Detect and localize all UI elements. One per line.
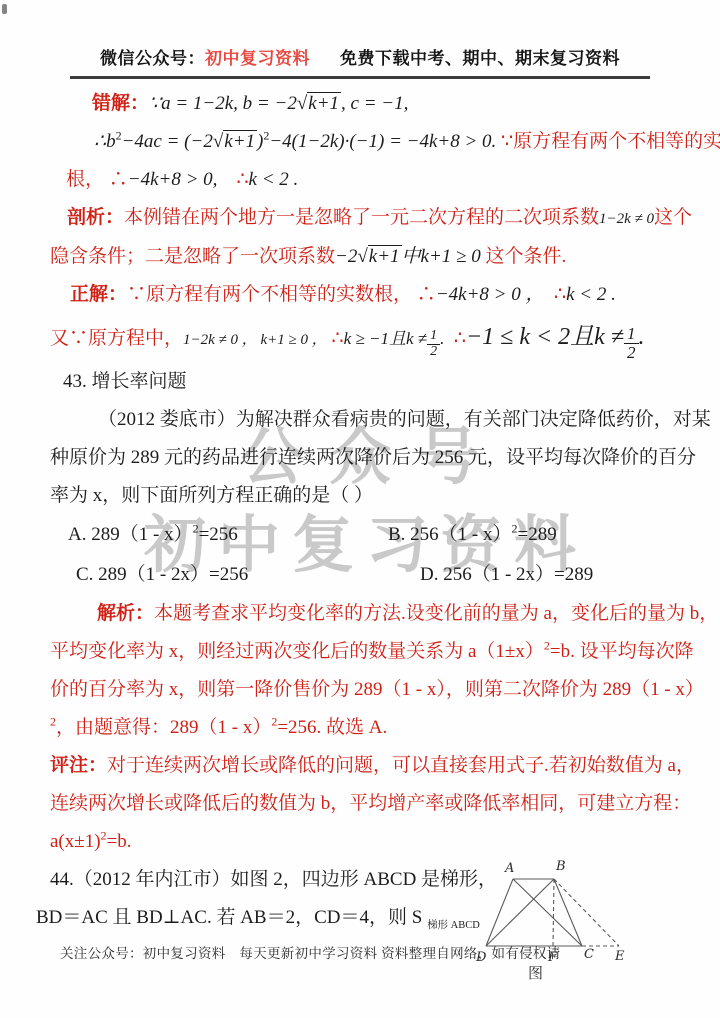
analysis-text-3: 隐含条件；二是忽略了一次项系数	[50, 246, 335, 267]
option-c: C. 289（1 - 2x）=256	[76, 555, 420, 595]
math-discriminant-mid: −4ac = (−2	[122, 131, 213, 152]
radical-sign: √	[213, 131, 223, 152]
wrong-solution-line-3: 根， ∴−4k+8 > 0, ∴k < 2 .	[50, 161, 680, 199]
radical-body: k+1	[223, 130, 257, 152]
remark-label: 评注：	[50, 755, 107, 776]
explanation-text-4: ，由题意得：289（1 - x）	[56, 717, 271, 738]
explanation-text-3: =b. 设平均每次降	[550, 641, 694, 662]
therefore-symbol: ∴	[236, 169, 248, 190]
page-header: 微信公众号：初中复习资料免费下载中考、期中、期末复习资料	[0, 0, 720, 69]
explanation-line-3: 价的百分率为 x，则第一降价售价为 289（1 - x），则第二次降价为 289…	[50, 671, 680, 709]
remark-formula-end: =b.	[107, 831, 132, 852]
math-c-value: , c = −1,	[341, 93, 408, 114]
problem-43-heading: 43. 增长率问题	[50, 363, 680, 401]
math-period: .	[440, 329, 444, 348]
wrong-solution-line-1: 错解：∵a = 1−2k, b = −2√k+1, c = −1,	[50, 85, 680, 123]
math-final-range: −1 ≤ k < 2且k ≠	[466, 324, 624, 350]
option-b: B. 256（1 - x）2=289	[388, 524, 557, 545]
fraction-denominator: 2	[624, 343, 639, 362]
math-inequality: −4k+8 > 0 ，	[436, 284, 545, 305]
options-row-ab: A. 289（1 - x）2=256B. 256（1 - x）2=289	[50, 515, 680, 555]
analysis-text-4: 这个条件.	[485, 246, 566, 267]
edge-bc	[554, 879, 582, 946]
therefore-symbol: ∴	[554, 284, 566, 305]
therefore-symbol: ∴	[454, 328, 466, 349]
explanation-text-5: =256. 故选 A.	[277, 717, 387, 738]
option-b-result: =289	[518, 524, 557, 545]
fraction-one-half: 12	[427, 329, 440, 359]
analysis-line-2: 隐含条件；二是忽略了一次项系数−2√k+1中k+1 ≥ 0 这个条件.	[50, 238, 680, 276]
problem-43-line-2: 种原价为 289 元的药品进行连续两次降价后为 256 元，设平均每次降价的百分	[50, 439, 680, 477]
document-body: 错解：∵a = 1−2k, b = −2√k+1, c = −1, ∴b2−4a…	[0, 79, 720, 962]
document-page: 公众号 初中复习资料 微信公众号：初中复习资料免费下载中考、期中、期末复习资料 …	[0, 0, 720, 1018]
math-coefficient-condition: 1−2k ≠ 0	[599, 211, 654, 227]
figure-label-e: E	[614, 949, 625, 964]
analysis-text-2: 这个	[654, 207, 692, 228]
radical-sign: √	[357, 246, 367, 267]
remark-formula: a(x±1)	[50, 831, 101, 852]
wrong-solution-red-text: 原方程有两个不相等的实数	[513, 131, 720, 152]
correct-solution-text: 原方程有两个不相等的实数根，	[146, 284, 412, 305]
radical: √k+1	[297, 92, 341, 114]
therefore-symbol: ∴	[417, 284, 436, 305]
diagonal-ac	[513, 879, 582, 946]
problem-44-text: BD＝AC 且 BD⊥AC. 若 AB＝2，CD＝4，则 S	[36, 907, 422, 928]
explanation-label: 解析：	[97, 603, 154, 624]
explanation-text-2: 平均变化率为 x，则经过两次变化后的数量关系为 a（1±x）	[50, 641, 544, 662]
explanation-line-2: 平均变化率为 x，则经过两次变化后的数量关系为 a（1±x）2=b. 设平均每次…	[50, 633, 680, 671]
explanation-line-1: 解析：本题考查求平均变化率的方法.设变化前的量为 a，变化后的量为 b，	[50, 595, 680, 633]
option-a: A. 289（1 - x）2=256	[68, 515, 388, 555]
analysis-text-1: 本例错在两个地方一是忽略了一元二次方程的二次项系数	[124, 207, 599, 228]
radical-body: k+1	[368, 245, 402, 267]
math-discriminant-start: ∴b	[94, 131, 116, 152]
red-text-gen: 根，	[66, 169, 104, 190]
header-brand: 初中复习资料	[205, 49, 310, 68]
radical: √k+1	[213, 130, 257, 152]
problem-43-line-1: （2012 娄底市）为解决群众看病贵的问题，有关部门决定降低药价，对某	[50, 401, 680, 439]
figure-label-b: B	[555, 859, 566, 874]
remark-text-1: 对于连续两次增长或降低的问题，可以直接套用式子.若初始数值为 a，	[107, 755, 695, 776]
fraction-denominator: 2	[427, 344, 440, 360]
remark-line-1: 评注：对于连续两次增长或降低的问题，可以直接套用式子.若初始数值为 a，	[50, 747, 680, 785]
therefore-symbol: ∴	[109, 169, 128, 190]
edge-ad	[486, 879, 513, 946]
wrong-solution-line-2: ∴b2−4ac = (−2√k+1)2−4(1−2k)·(−1) = −4k+8…	[50, 123, 680, 161]
dashed-be	[554, 879, 619, 946]
because-symbol: ∵	[501, 131, 513, 152]
math-inequality: −4k+8 > 0,	[128, 169, 218, 190]
explanation-line-4: 2，由题意得：289（1 - x）2=256. 故选 A.	[50, 709, 680, 747]
explanation-text-1: 本题考查求平均变化率的方法.设变化前的量为 a，变化后的量为 b，	[154, 603, 718, 624]
figure-label-f: F	[547, 950, 558, 965]
analysis-label: 剖析：	[67, 207, 124, 228]
figure-caption: 图	[528, 965, 543, 982]
math-a-b-c: ∵a = 1−2k, b = −2	[149, 93, 297, 114]
radical-body: k+1	[307, 92, 341, 114]
wrong-solution-label: 错解：	[92, 93, 149, 114]
math-conditions: 1−2k ≠ 0 ， k+1 ≥ 0 ，	[183, 332, 327, 348]
fraction-one-half: 12	[624, 325, 639, 362]
because-symbol: ∵	[127, 284, 146, 305]
problem-43-line-3: 率为 x，则下面所列方程正确的是（ ）	[50, 477, 680, 515]
also-because-text: 又∵原方程中，	[50, 328, 183, 349]
remark-line-2: 连续两次增长或降低后的数值为 b，平均增产率或降低率相同，可建立方程：	[50, 785, 680, 823]
problem-43-title: 增长率问题	[92, 371, 187, 392]
additional-condition-line: 又∵原方程中，1−2k ≠ 0 ， k+1 ≥ 0 ， ∴k ≥ −1且k ≠1…	[50, 314, 680, 363]
figure-label-a: A	[504, 861, 514, 876]
math-k-plus-1-condition: 中k+1 ≥ 0	[402, 246, 481, 267]
analysis-line-1: 剖析：本例错在两个地方一是忽略了一元二次方程的二次项系数1−2k ≠ 0这个	[50, 199, 680, 238]
fraction-numerator: 1	[430, 328, 437, 343]
figure-label-c: C	[584, 947, 594, 962]
correct-solution-label: 正解：	[70, 284, 127, 305]
construction-lines	[553, 879, 619, 946]
correct-solution-line: 正解：∵原方程有两个不相等的实数根， ∴−4k+8 > 0 ， ∴k < 2 .	[50, 276, 680, 314]
header-suffix: 免费下载中考、期中、期末复习资料	[340, 49, 620, 68]
option-a-result: =256	[199, 524, 238, 545]
option-b-text: B. 256（1 - x）	[388, 524, 512, 545]
radical-sign: √	[297, 93, 307, 114]
problem-43-number: 43.	[63, 371, 87, 392]
option-d: D. 256（1 - 2x）=289	[420, 564, 593, 585]
math-discriminant-result: −4(1−2k)·(−1) = −4k+8 > 0.	[269, 131, 496, 152]
math-period: .	[639, 324, 645, 350]
fraction-numerator: 1	[627, 324, 636, 343]
option-a-text: A. 289（1 - x）	[68, 524, 193, 545]
math-neg2: −2	[335, 246, 357, 267]
options-row-cd: C. 289（1 - 2x）=256D. 256（1 - 2x）=289	[50, 555, 680, 595]
figure-trapezoid: A B D F C E 图	[472, 846, 652, 996]
therefore-symbol: ∴	[332, 328, 344, 349]
trapezoid-edges	[486, 879, 582, 946]
header-prefix: 微信公众号：	[100, 49, 205, 68]
math-k-less-2: k < 2 .	[249, 169, 299, 190]
math-k-range-1: k ≥ −1且k ≠	[344, 329, 427, 348]
math-k-less-2: k < 2 .	[566, 284, 616, 305]
radical: √k+1	[357, 245, 401, 267]
dashed-bf	[553, 879, 554, 946]
diagonal-bd	[486, 879, 554, 946]
figure-label-d: D	[475, 950, 487, 965]
